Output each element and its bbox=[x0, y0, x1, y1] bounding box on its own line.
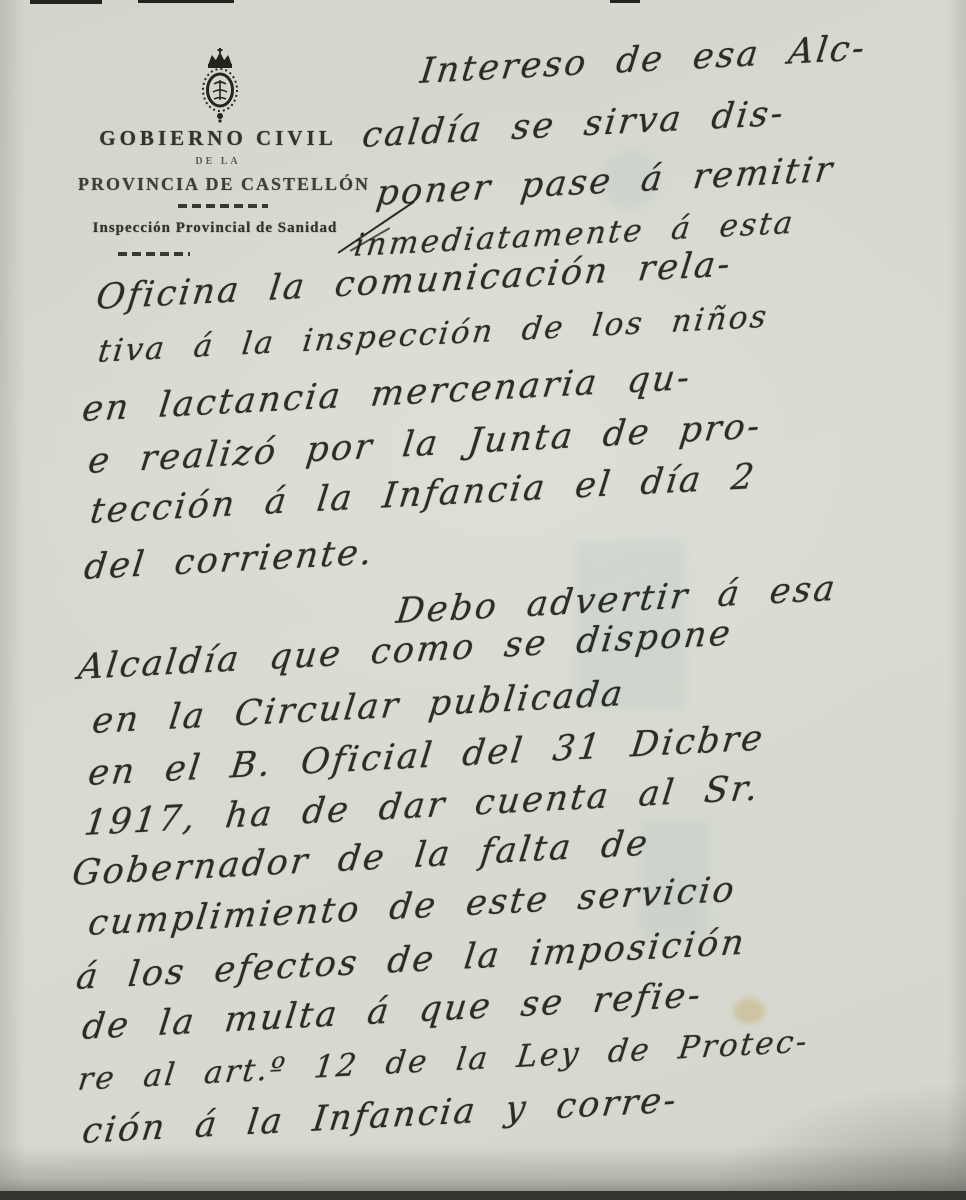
scan-shadow-left bbox=[0, 0, 26, 1200]
scan-shadow-right bbox=[946, 0, 966, 1200]
letterhead-rule bbox=[118, 252, 190, 256]
letterhead-dela: DE LA bbox=[58, 156, 378, 167]
scan-edge-mark bbox=[138, 0, 234, 3]
scan-corner-shadow bbox=[706, 1080, 966, 1200]
scan-bottom-edge bbox=[0, 1191, 966, 1200]
scan-edge-mark bbox=[610, 0, 640, 3]
royal-crown-emblem-icon bbox=[194, 46, 246, 126]
letterhead-rule bbox=[178, 204, 268, 208]
handwritten-line: caldía se sirva dis- bbox=[360, 94, 787, 156]
handwritten-line: poner pase á remitir bbox=[374, 150, 837, 214]
letterhead-province: PROVINCIA DE CASTELLÓN bbox=[44, 174, 404, 195]
scan-edge-mark bbox=[30, 0, 102, 4]
handwritten-line: Intereso de esa Alc- bbox=[418, 28, 869, 92]
letterhead-title: GOBIERNO CIVIL bbox=[58, 126, 378, 151]
paper-stain bbox=[733, 998, 765, 1024]
letterhead-department: Inspección Provincial de Sanidad bbox=[70, 220, 360, 237]
scanned-letter-page: GOBIERNO CIVIL DE LA PROVINCIA DE CASTEL… bbox=[0, 0, 966, 1200]
handwritten-line: del corriente. bbox=[82, 533, 376, 588]
